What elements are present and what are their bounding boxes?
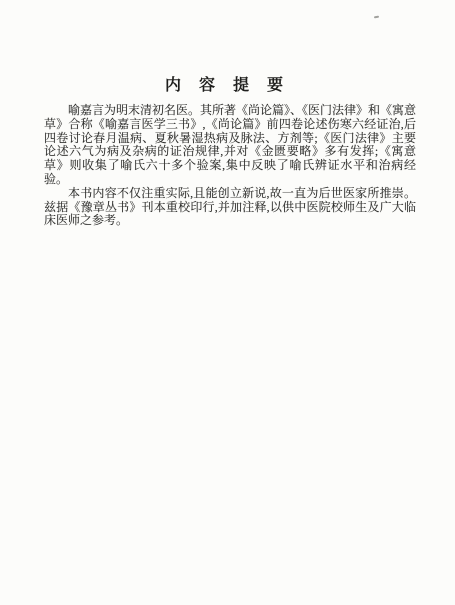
scan-speck-artifact — [374, 16, 379, 19]
page-title: 内 容 提 要 — [0, 72, 455, 95]
paragraph-2: 本书内容不仅注重实际,且能创立新说,故一直为后世医家所推崇。兹据《豫章丛书》刊本… — [44, 187, 416, 228]
content-summary-text: 喻嘉言为明末清初名医。其所著《尚论篇》、《医门法律》和《寓意草》合称《喻嘉言医学… — [44, 104, 416, 228]
book-page: 内 容 提 要 喻嘉言为明末清初名医。其所著《尚论篇》、《医门法律》和《寓意草》… — [0, 0, 455, 605]
paragraph-1: 喻嘉言为明末清初名医。其所著《尚论篇》、《医门法律》和《寓意草》合称《喻嘉言医学… — [44, 104, 416, 187]
